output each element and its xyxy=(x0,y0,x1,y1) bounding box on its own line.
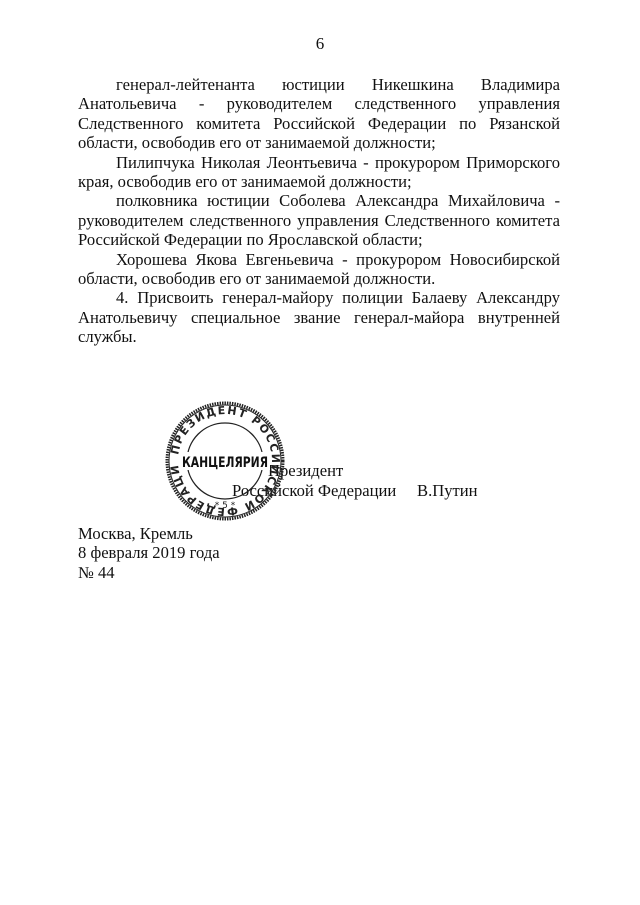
official-seal-icon: ПРЕЗИДЕНТ РОССИЙСКОЙ ФЕДЕРАЦИИ * 5 * КАН… xyxy=(164,400,286,522)
footer-number: № 44 xyxy=(78,563,220,582)
footer-place: Москва, Кремль xyxy=(78,524,220,543)
page-number: 6 xyxy=(0,34,640,54)
paragraph-sobolev: полковника юстиции Соболева Александра М… xyxy=(78,191,560,249)
signature-name: В.Путин xyxy=(417,481,478,501)
paragraph-khoroshev: Хорошева Якова Евгеньевича - прокурором … xyxy=(78,250,560,289)
seal-center-text: КАНЦЕЛЯРИЯ xyxy=(182,455,268,471)
svg-text:* 5 *: * 5 * xyxy=(215,501,236,511)
paragraph-pilipchuk: Пилипчука Николая Леонтьевича - прокурор… xyxy=(78,153,560,192)
document-footer: Москва, Кремль 8 февраля 2019 года № 44 xyxy=(78,524,220,582)
paragraph-item-4: 4. Присвоить генерал-майору полиции Бала… xyxy=(78,288,560,346)
document-body: генерал-лейтенанта юстиции Никешкина Вла… xyxy=(78,75,560,347)
footer-date: 8 февраля 2019 года xyxy=(78,543,220,562)
paragraph-nikeshkin: генерал-лейтенанта юстиции Никешкина Вла… xyxy=(78,75,560,153)
